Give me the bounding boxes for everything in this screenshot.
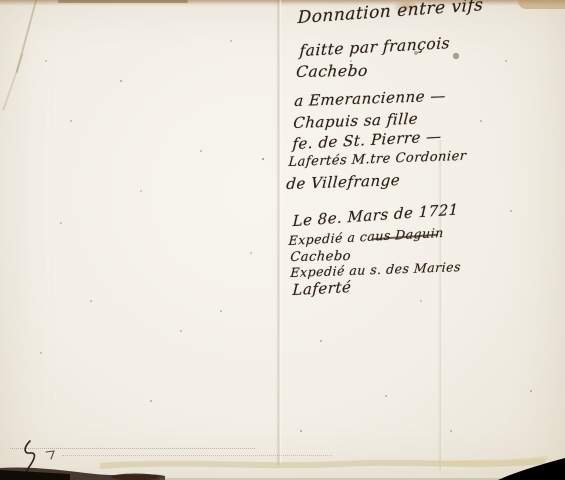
paper-sheet: Donnation entre vifs faitte par françois… bbox=[0, 0, 565, 480]
handwritten-line: faitte par françois bbox=[299, 34, 451, 60]
handwritten-line: a Emerancienne — bbox=[294, 87, 447, 110]
fold-crease-vertical-left bbox=[276, 0, 282, 465]
bottom-edge-shadows bbox=[0, 446, 565, 480]
handwritten-line: de Villefrange bbox=[286, 171, 401, 193]
document-scan: Donnation entre vifs faitte par françois… bbox=[0, 0, 565, 480]
paper-top-edge-dark-patch bbox=[58, 0, 188, 3]
handwritten-line: Laferté bbox=[292, 278, 352, 299]
crease-top-left-2 bbox=[2, 53, 23, 110]
paper-top-right-corner-stain bbox=[518, 0, 565, 9]
handwritten-line: Cachebo bbox=[295, 62, 368, 81]
fold-crease-vertical-right bbox=[438, 140, 443, 470]
